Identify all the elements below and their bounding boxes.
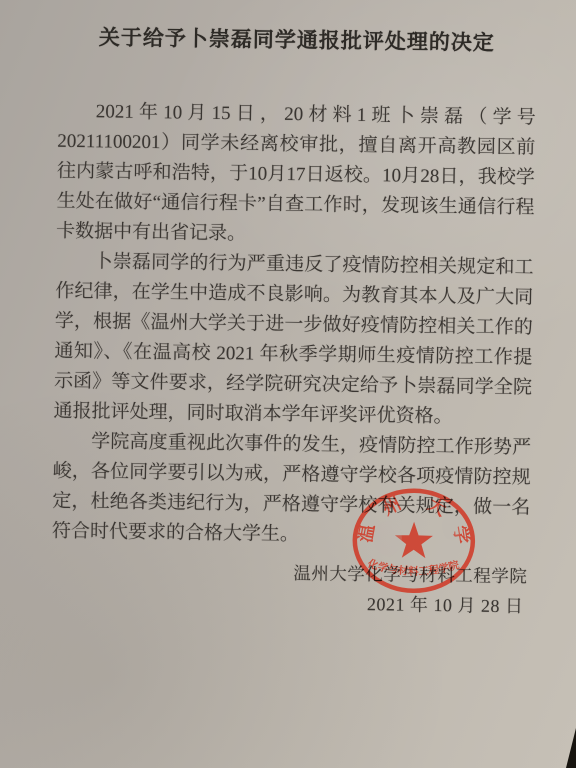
- seal-bottom-text-wrap: 化学与材料工程学院: [365, 557, 461, 579]
- paragraph-incident: 2021年10月15日，20材料1班卜崇磊（学号20211100201）同学未经…: [56, 97, 536, 254]
- seal-ink-fade-left: [374, 520, 402, 556]
- document-photo: 关于给予卜崇磊同学通报批评处理的决定 2021年10月15日，20材料1班卜崇磊…: [0, 0, 576, 768]
- photo-corner-background: [566, 728, 576, 768]
- paragraph-decision: 卜崇磊同学的行为严重违反了疫情防控相关规定和工作纪律，在学生中造成不良影响。为教…: [53, 247, 533, 434]
- seal-bottom-text: 化学与材料工程学院: [365, 557, 461, 579]
- document-title: 关于给予卜崇磊同学通报批评处理的决定: [57, 21, 537, 58]
- paper: 关于给予卜崇磊同学通报批评处理的决定 2021年10月15日，20材料1班卜崇磊…: [0, 0, 576, 768]
- official-seal-stamp: 温 州 大 学 化学与材料工程学院: [347, 483, 484, 603]
